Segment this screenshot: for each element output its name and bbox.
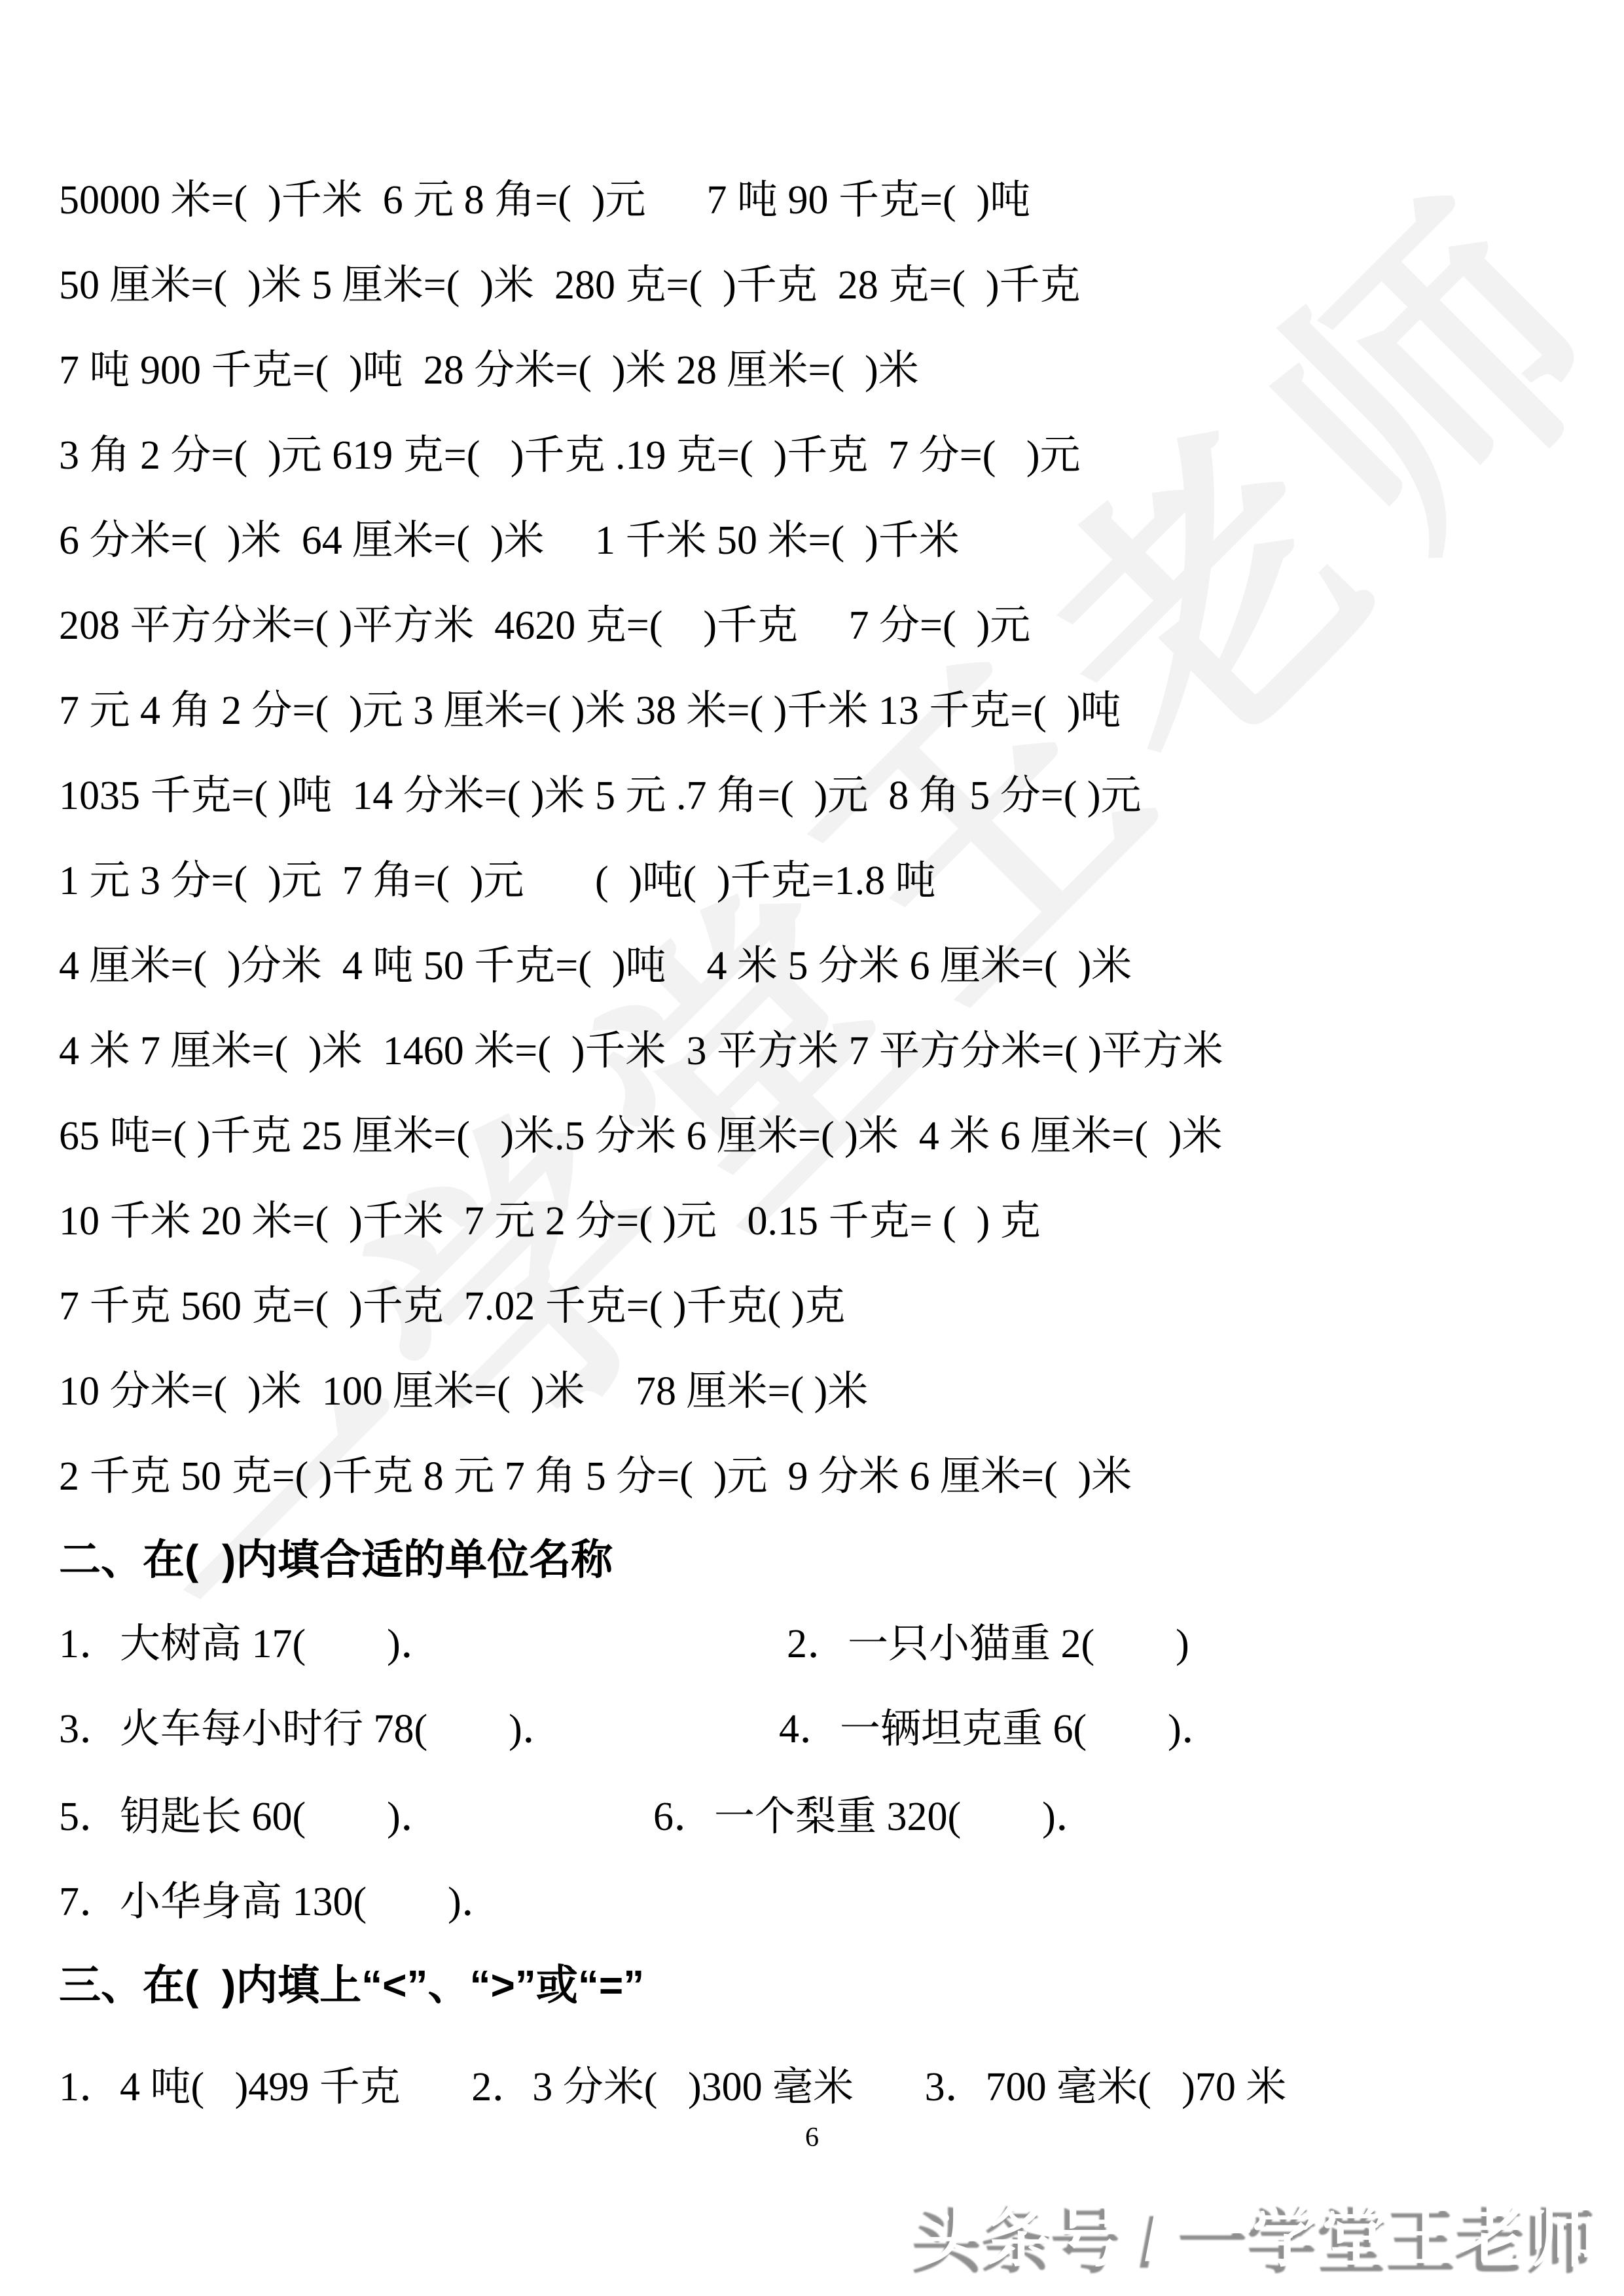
worksheet-page: 一学堂王老师 50000 米=( )千米 6 元 8 角=( )元 7 吨 90… xyxy=(0,0,1624,2296)
conversion-line: 208 平方分米=( )平方米 4620 克=( )千克 7 分=( )元 xyxy=(59,603,1030,648)
conversion-line: 3 角 2 分=( )元 619 克=( )千克 .19 克=( )千克 7 分… xyxy=(59,433,1081,478)
conversion-line: 10 分米=( )米 100 厘米=( )米 78 厘米=( )米 xyxy=(59,1369,868,1414)
conversion-line: 4 米 7 厘米=( )米 1460 米=( )千米 3 平方米 7 平方分米=… xyxy=(59,1029,1223,1073)
conversion-line: 50 厘米=( )米 5 厘米=( )米 280 克=( )千克 28 克=( … xyxy=(59,263,1081,308)
conversion-line: 1 元 3 分=( )元 7 角=( )元 ( )吨( )千克=1.8 吨 xyxy=(59,859,936,903)
unit-fill-item: 7．小华身高 130( )． xyxy=(59,1880,502,1924)
footer-watermark: 头条号 / 一学堂王老师 xyxy=(917,2181,1599,2280)
conversion-line: 7 吨 900 千克=( )吨 28 分米=( )米 28 厘米=( )米 xyxy=(59,348,919,393)
conversion-line: 2 千克 50 克=( )千克 8 元 7 角 5 分=( )元 9 分米 6 … xyxy=(59,1454,1132,1499)
section3-title: 三、在( )内填上“<”、“>”或“=” xyxy=(59,1962,644,2008)
conversion-line: 65 吨=( )千克 25 厘米=( )米.5 分米 6 厘米=( )米 4 米… xyxy=(59,1114,1223,1158)
diagonal-watermark: 一学堂王老师 xyxy=(31,88,1624,1748)
conversion-line: 6 分米=( )米 64 厘米=( )米 1 千米 50 米=( )千米 xyxy=(59,518,960,563)
page-number: 6 xyxy=(0,2122,1624,2153)
unit-fill-item: 3．火车每小时行 78( )． xyxy=(59,1707,563,1751)
unit-fill-item: 4．一辆坦克重 6( )． xyxy=(779,1707,1222,1751)
section2-title: 二、在( )内填合适的单位名称 xyxy=(59,1537,613,1583)
conversion-line: 10 千米 20 米=( )千米 7 元 2 分=( )元 0.15 千克= (… xyxy=(59,1199,1041,1244)
unit-fill-item: 1．大树高 17( )． xyxy=(59,1622,441,1666)
comparison-line: 1．4 吨( )499 千克 2．3 分米( )300 毫米 3．700 毫米(… xyxy=(59,2054,1286,2112)
conversion-line: 50000 米=( )千米 6 元 8 角=( )元 7 吨 90 千克=( )… xyxy=(59,178,1030,223)
conversion-line: 7 千克 560 克=( )千克 7.02 千克=( )千克( )克 xyxy=(59,1284,845,1329)
unit-fill-item: 5．钥匙长 60( )． xyxy=(59,1795,441,1839)
conversion-line: 7 元 4 角 2 分=( )元 3 厘米=( )米 38 米=( )千米 13… xyxy=(59,689,1121,733)
unit-fill-item: 6．一个梨重 320( )． xyxy=(653,1795,1096,1839)
conversion-line: 1035 千克=( )吨 14 分米=( )米 5 元 .7 角=( )元 8 … xyxy=(59,774,1142,818)
conversion-line: 4 厘米=( )分米 4 吨 50 千克=( )吨 4 米 5 分米 6 厘米=… xyxy=(59,944,1132,988)
unit-fill-item: 2．一只小猫重 2( ) xyxy=(787,1622,1189,1666)
